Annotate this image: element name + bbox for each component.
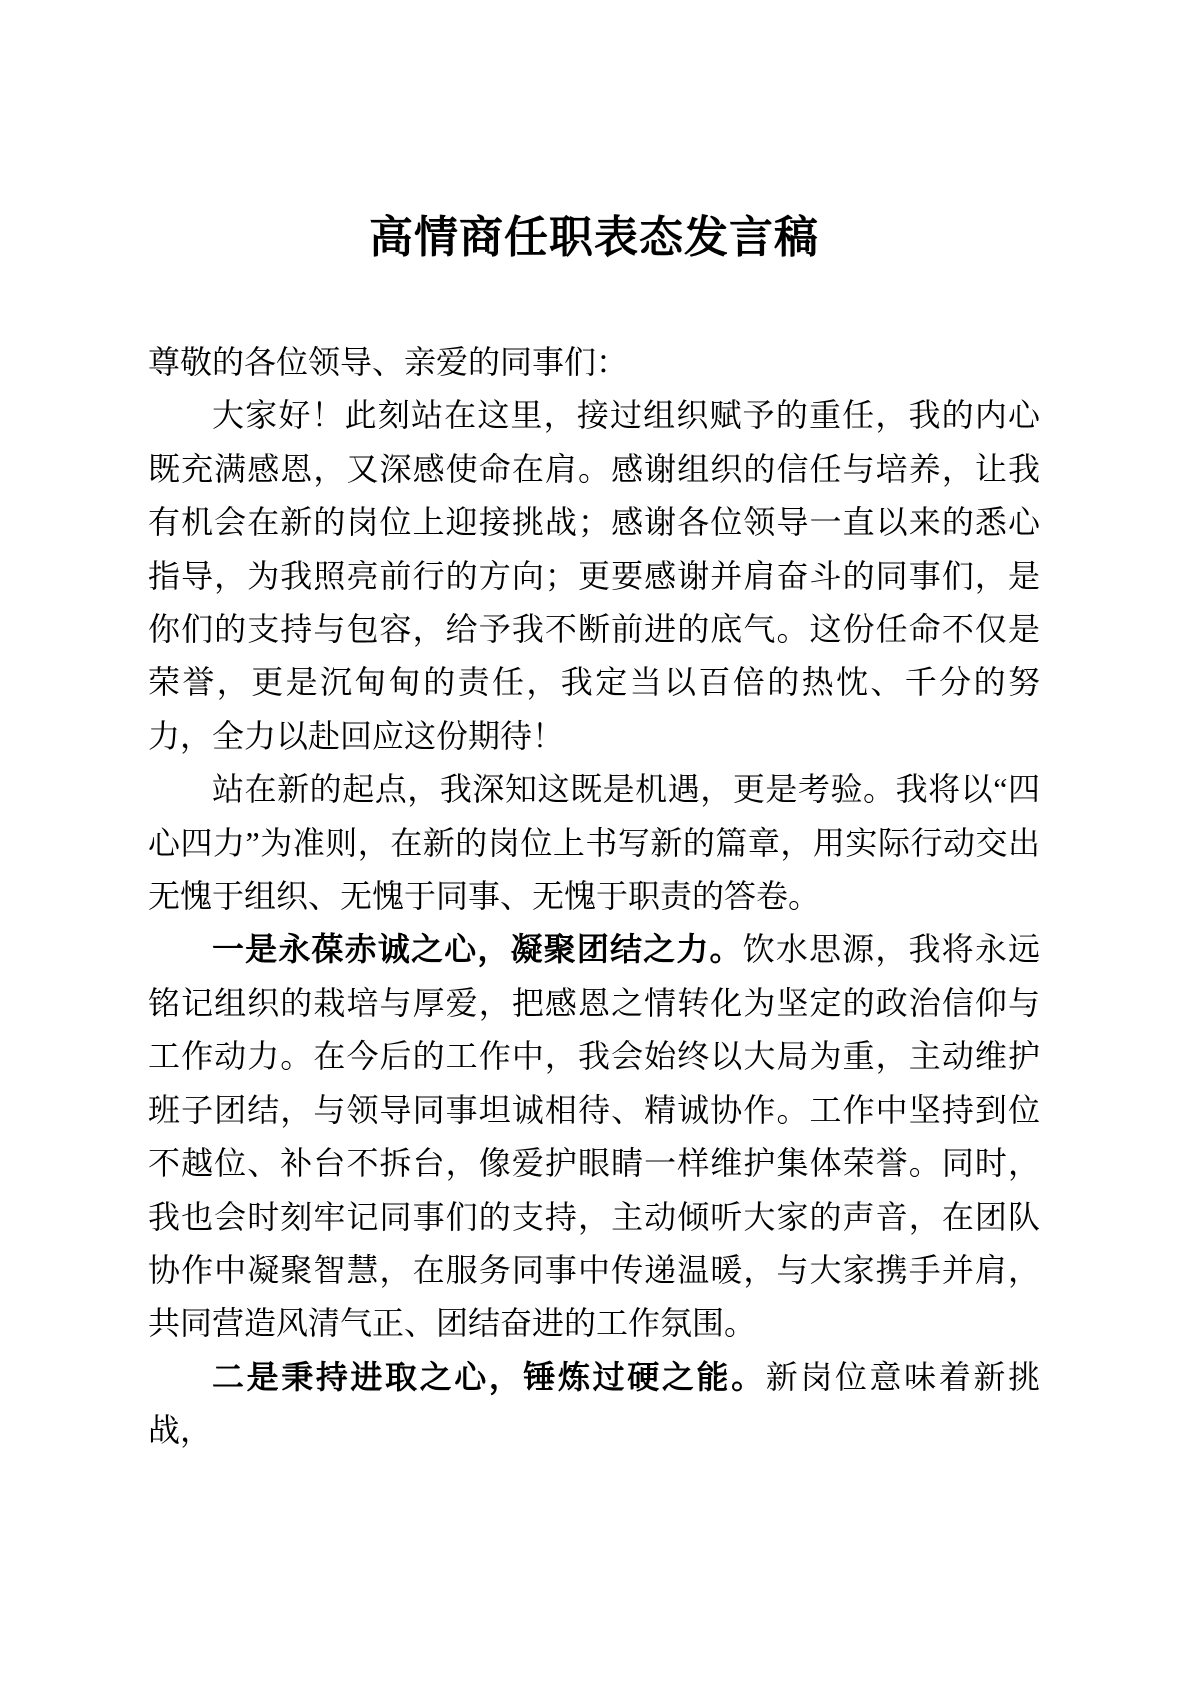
paragraph-point-one-lead: 一是永葆赤诚之心，凝聚团结之力。	[212, 931, 743, 967]
paragraph-opening: 大家好！此刻站在这里，接过组织赋予的重任，我的内心既充满感恩，又深感使命在肩。感…	[148, 389, 1040, 763]
paragraph-point-two-lead: 二是秉持进取之心，锤炼过硬之能。	[212, 1359, 766, 1395]
document-body: 尊敬的各位领导、亲爱的同事们： 大家好！此刻站在这里，接过组织赋予的重任，我的内…	[148, 336, 1040, 1458]
greeting-line: 尊敬的各位领导、亲爱的同事们：	[148, 336, 1040, 389]
paragraph-point-two: 二是秉持进取之心，锤炼过硬之能。新岗位意味着新挑战，	[148, 1351, 1040, 1458]
paragraph-point-one-text: 饮水思源，我将永远铭记组织的栽培与厚爱，把感恩之情转化为坚定的政治信仰与工作动力…	[148, 931, 1040, 1341]
paragraph-point-one: 一是永葆赤诚之心，凝聚团结之力。饮水思源，我将永远铭记组织的栽培与厚爱，把感恩之…	[148, 923, 1040, 1350]
document-page: 高情商任职表态发言稿 尊敬的各位领导、亲爱的同事们： 大家好！此刻站在这里，接过…	[0, 0, 1190, 1683]
document-title: 高情商任职表态发言稿	[148, 210, 1040, 266]
paragraph-new-starting-point: 站在新的起点，我深知这既是机遇，更是考验。我将以“四心四力”为准则，在新的岗位上…	[148, 763, 1040, 923]
